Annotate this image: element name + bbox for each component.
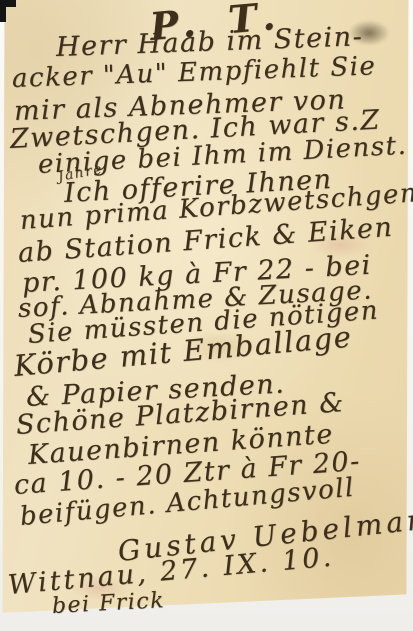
postcard-scan: P. T. Herr Haab im Stein- acker "Au" Emp… [0, 0, 413, 631]
place-line: bei Frick [51, 590, 165, 618]
scan-corner-artifact [0, 0, 6, 22]
